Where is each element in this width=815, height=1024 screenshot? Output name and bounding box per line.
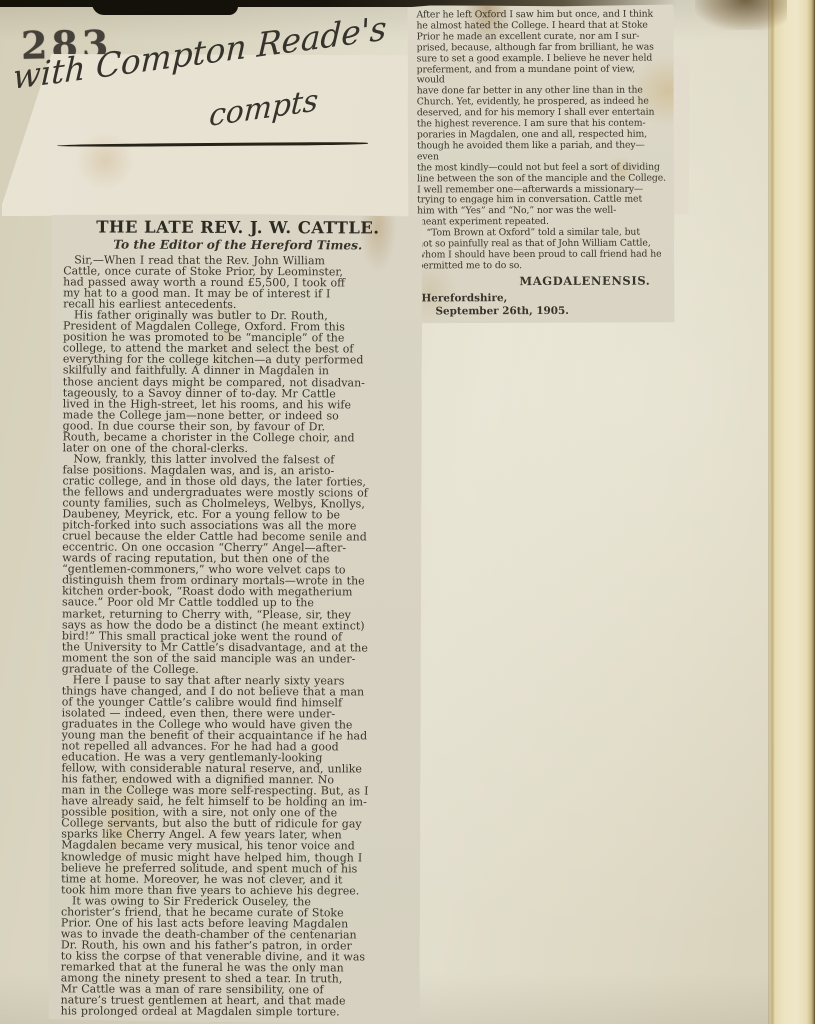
book-top-edge-bulge [92,0,238,15]
newspaper-clipping-left: THE LATE REV. J. W. CATTLE. To the Edito… [49,213,423,1023]
article-headline: THE LATE REV. J. W. CATTLE. [63,217,412,238]
dateline-date: September 26th, 1905. [435,304,666,317]
newspaper-clipping-right: After he left Oxford I saw him but once,… [407,5,674,324]
article-paragraph: “Tom Brown at Oxford” told a similar tal… [417,228,666,272]
article-paragraph: His father originally was butler to Dr. … [63,310,412,455]
article-signature: MAGDALENENSIS. [417,273,650,288]
article-paragraph: Sir,—When I read that the Rev. John Will… [63,254,412,310]
book-fore-edge [768,0,815,1024]
article-paragraph: After he left Oxford I saw him but once,… [416,10,666,229]
article-paragraph: It was owing to Sir Frederick Ouseley, t… [61,895,410,1018]
scrapbook-page: 283 with Compton Reade's compts After he… [0,0,815,1024]
page-corner-stain [695,0,787,30]
article-subtitle: To the Editor of the Hereford Times. [63,237,412,253]
article-paragraph: Now, frankly, this latter involved the f… [62,453,412,675]
article-paragraph: Here I pause to say that after nearly si… [61,674,411,896]
dateline-place: Herefordshire, [421,291,666,304]
